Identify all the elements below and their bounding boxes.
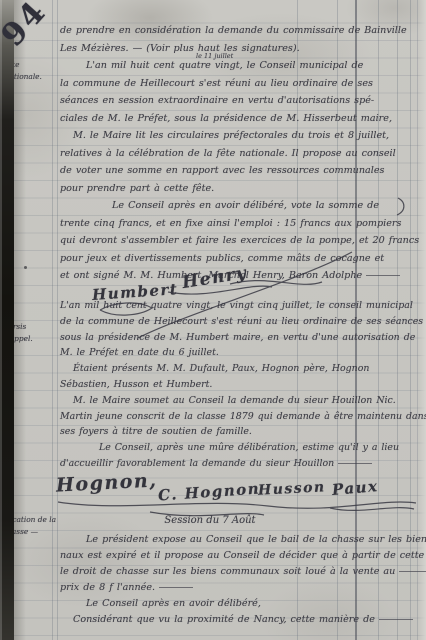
section-sursis-appel: L'an mil huit cent quatre vingt, le ving…: [60, 298, 412, 472]
book-binding-edge: [0, 0, 14, 640]
handwritten-line: Considérant que vu la proximité de Nancy…: [60, 612, 412, 628]
session-heading: Session du 7 Août: [60, 515, 360, 526]
handwritten-line: Martin jeune conscrit de la classe 1879 …: [60, 409, 412, 425]
gutter-shadow: [14, 0, 26, 640]
margin-rule-outer: [52, 0, 53, 640]
handwritten-line: le droit de chasse sur les biens communa…: [60, 564, 412, 580]
handwritten-line: Le président expose au Conseil que le ba…: [60, 532, 412, 548]
handwritten-line: L'an mil huit cent quatre vingt, le Cons…: [60, 57, 412, 75]
scanned-register-page: de prendre en considération la demande d…: [0, 0, 426, 640]
handwritten-line: M. le Préfet en date du 6 juillet.: [60, 345, 412, 361]
trailing-rule: [399, 571, 426, 572]
handwritten-line: M. le Maire soumet au Conseil la demande…: [60, 393, 412, 409]
handwritten-line: de la commune de Heillecourt s'est réuni…: [60, 314, 412, 330]
handwritten-line: relatives à la célébration de la fête na…: [60, 145, 412, 163]
handwritten-line: qui devront s'assembler et faire les exe…: [60, 232, 412, 250]
handwritten-line: Le Conseil après en avoir délibéré, vote…: [60, 197, 412, 215]
handwritten-line: la commune de Heillecourt s'est réuni au…: [60, 75, 412, 93]
handwritten-line: Le Conseil, après une mûre délibération,…: [60, 440, 412, 456]
section-location-chasse: Le président expose au Conseil que le ba…: [60, 532, 412, 628]
handwritten-line: M. le Maire lit les circulaires préfecto…: [60, 127, 412, 145]
handwritten-line: ses foyers à titre de soutien de famille…: [60, 424, 412, 440]
handwritten-line: trente cinq francs, et en fixe ainsi l'e…: [60, 215, 412, 233]
handwritten-line: Étaient présents M. M. Dufault, Paux, Ho…: [60, 361, 412, 377]
handwritten-line: Les Mézières. — (Voir plus haut les sign…: [60, 40, 412, 58]
handwritten-line: d'accueillir favorablement la demande du…: [60, 456, 412, 472]
handwritten-line: Sébastien, Husson et Humbert.: [60, 377, 412, 393]
handwritten-line: de prendre en considération la demande d…: [60, 22, 412, 40]
handwritten-line: naux est expiré et il propose au Conseil…: [60, 548, 412, 564]
handwritten-line: Le Conseil après en avoir délibéré,: [60, 596, 412, 612]
section-fete-nationale: L'an mil huit cent quatre vingt, le Cons…: [60, 57, 412, 285]
handwritten-line: séances en session extraordinaire en ver…: [60, 92, 412, 110]
section-continuation: de prendre en considération la demande d…: [60, 22, 412, 57]
handwritten-line: prix de 8 f l'année.: [60, 580, 412, 596]
handwritten-line: ciales de M. le Préfet, sous la présiden…: [60, 110, 412, 128]
handwritten-line: pour prendre part à cette fête.: [60, 180, 412, 198]
handwritten-line: sous la présidence de M. Humbert maire, …: [60, 330, 412, 346]
trailing-rule: [159, 587, 193, 588]
trailing-rule: [379, 619, 413, 620]
trailing-rule: [366, 275, 400, 276]
handwritten-line: L'an mil huit cent quatre vingt, le ving…: [60, 298, 412, 314]
trailing-rule: [338, 463, 372, 464]
margin-rule-inner: [57, 0, 58, 640]
handwritten-line: de voter une somme en rapport avec les r…: [60, 162, 412, 180]
